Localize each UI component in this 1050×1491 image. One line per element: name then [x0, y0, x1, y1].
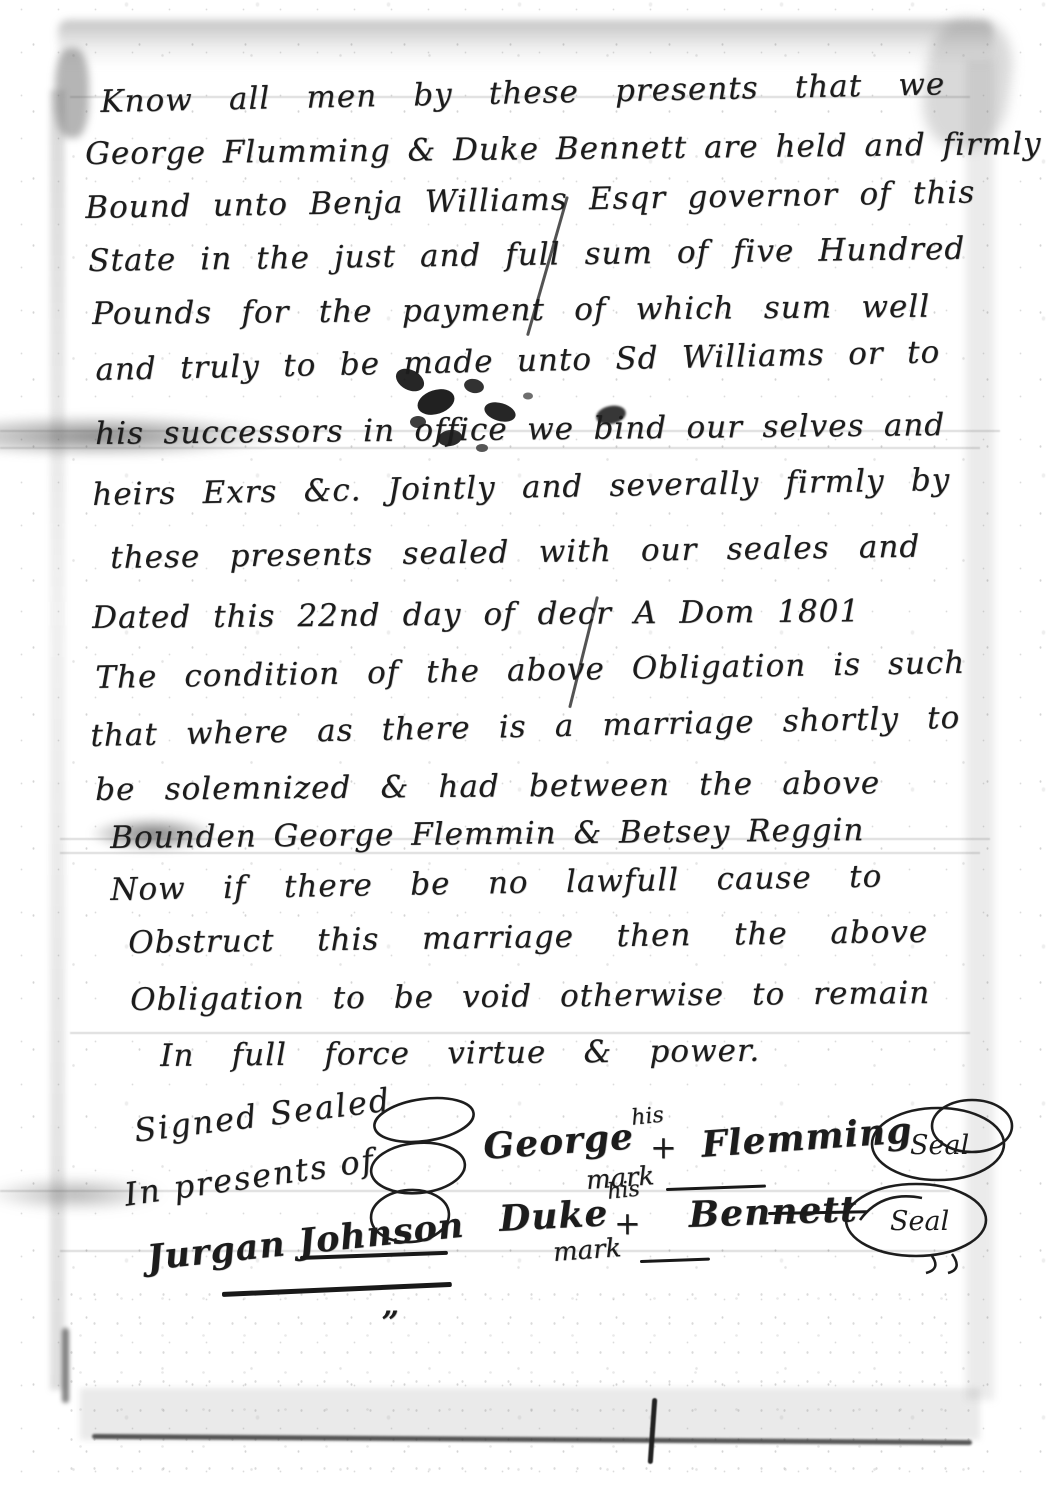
document-line: these presents sealed with our seales an…	[110, 529, 920, 576]
bottom-crack-mark	[648, 1398, 658, 1464]
top-left-corner-mark	[55, 48, 89, 138]
mark-cross: +	[650, 1128, 677, 1166]
mark-label-his: his	[606, 1177, 641, 1205]
seal-flourish: Seal	[840, 1176, 995, 1286]
seal-label: Seal	[910, 1130, 969, 1161]
mark-label-his: his	[630, 1103, 665, 1131]
mark-label-mark: mark	[552, 1233, 622, 1268]
document-line: State in the just and full sum of five H…	[88, 231, 965, 279]
signer-first-name: George	[482, 1115, 635, 1167]
document-line: Now if there be no lawfull cause to	[110, 859, 883, 908]
attestation-line-2: In presents of	[122, 1141, 378, 1214]
document-line: Dated this 22nd day of decr A Dom 1801	[92, 593, 860, 636]
bottom-edge-band	[80, 1388, 980, 1440]
document-line: Obligation to be void otherwise to remai…	[130, 975, 930, 1018]
document-line: Obstruct this marriage then the above	[128, 914, 928, 961]
document-line: Know all men by these presents that we	[100, 66, 946, 120]
bottom-left-mark	[62, 1328, 69, 1403]
signer-first-name: Duke	[498, 1192, 609, 1240]
document-line: that where as there is a marriage shortl…	[90, 700, 961, 754]
witness-underline-2	[222, 1282, 452, 1297]
document-line: his successors in office we bind our sel…	[95, 407, 945, 452]
document-line: Bound unto Benja Williams Esqr governor …	[85, 174, 975, 226]
mark-underline	[640, 1258, 710, 1263]
paper-texture-bottom	[60, 1280, 980, 1470]
document-line: Bounden George Flemmin & Betsey Reggin	[110, 812, 835, 856]
scan-line	[70, 1032, 970, 1034]
seal-label: Seal	[890, 1206, 949, 1237]
left-edge-smudge	[50, 90, 65, 1390]
document-line: George Flumming & Duke Bennett are held …	[85, 127, 985, 172]
top-edge-smudge	[58, 20, 993, 68]
mark-underline	[666, 1185, 766, 1191]
signer-surname: Bennett	[688, 1188, 858, 1236]
pen-flourish-loops	[352, 1092, 482, 1252]
document-line: The condition of the above Obligation is…	[95, 645, 965, 696]
bottom-edge-line	[92, 1434, 972, 1445]
document-line: be solemnized & had between the above	[95, 765, 880, 808]
document-line: In full force virtue & power.	[160, 1033, 760, 1074]
witness-quote-mark: „	[382, 1288, 399, 1323]
scanned-document-page: Know all men by these presents that we G…	[0, 0, 1050, 1491]
document-line: heirs Exrs &c. Jointly and severally fir…	[92, 462, 950, 513]
document-line: Pounds for the payment of which sum well	[92, 289, 930, 332]
